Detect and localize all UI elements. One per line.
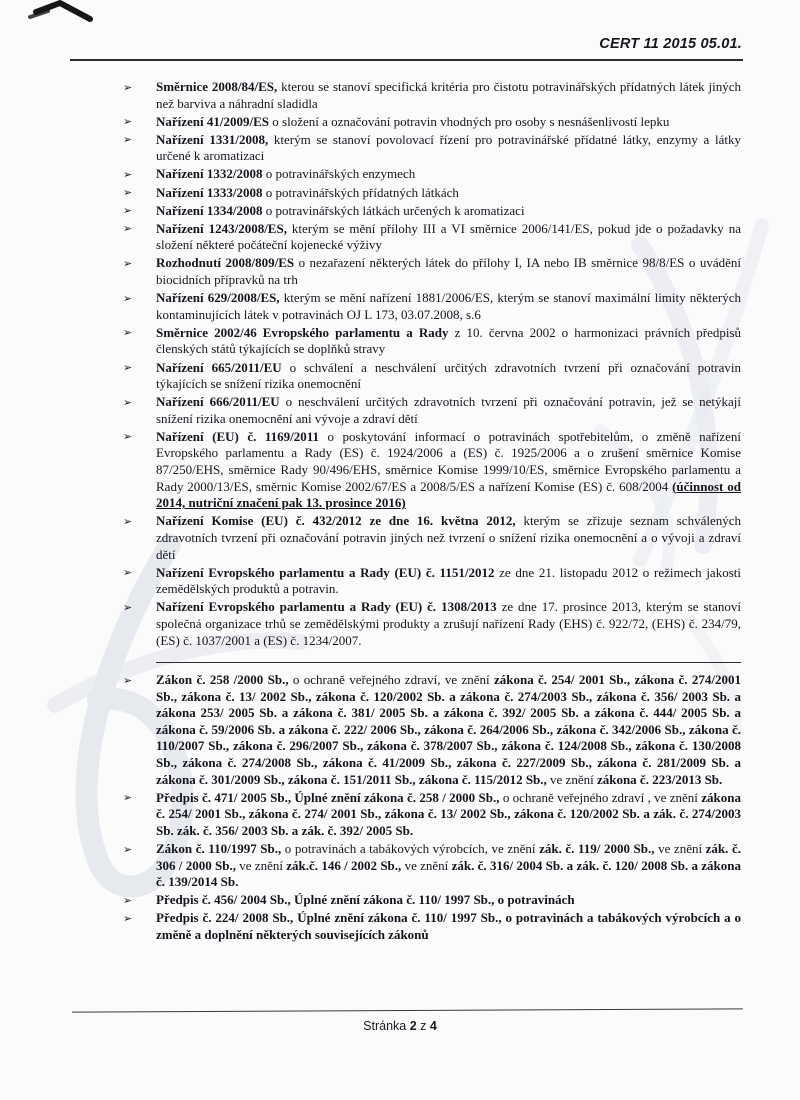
arrow-bullet-icon: ➢ [123,80,132,97]
text-run: o potravinách a tabákových výrobcích, ve… [281,841,539,856]
arrow-bullet-icon: ➢ [123,185,132,202]
arrow-bullet-icon: ➢ [123,203,132,220]
footer-prefix: Stránka [363,1019,406,1033]
text-run: Nařízení 666/2011/EU [156,394,280,409]
text-run: Nařízení 41/2009/ES [156,114,269,129]
arrow-bullet-icon: ➢ [123,429,132,446]
text-run: Nařízení Komise (EU) č. 432/2012 ze dne … [156,513,516,528]
text-run: ve znění [401,858,451,873]
text-run: zákona č. 223/2013 Sb. [597,772,722,787]
text-run: Směrnice 2008/84/ES, [156,79,277,94]
arrow-bullet-icon: ➢ [123,114,132,131]
text-run: o potravinářských přídatných látkách [263,185,459,200]
footer-current-page: 2 [410,1019,417,1033]
arrow-bullet-icon: ➢ [123,893,132,910]
text-run: zák.č. 146 / 2002 Sb., [286,858,401,873]
legislation-section-czech-legislation: ➢Zákon č. 258 /2000 Sb., o ochraně veřej… [120,672,741,944]
list-item: ➢Nařízení 1334/2008 o potravinářských lá… [120,203,741,220]
legislation-section-eu-legislation: ➢Směrnice 2008/84/ES, kterou se stanoví … [120,79,741,649]
footer-total-pages: 4 [430,1019,437,1033]
arrow-bullet-icon: ➢ [123,325,132,342]
list-item: ➢Předpis č. 471/ 2005 Sb., Úplné znění z… [120,790,741,840]
arrow-bullet-icon: ➢ [123,514,132,531]
list-item: ➢Směrnice 2008/84/ES, kterou se stanoví … [120,79,741,112]
text-run: Nařízení (EU) č. 1169/2011 [156,429,319,444]
text-run: Nařízení 1334/2008 [156,203,263,218]
arrow-bullet-icon: ➢ [123,132,132,149]
text-run: Nařízení 1243/2008/ES, [156,221,287,236]
text-run: o potravinářských látkách určených k aro… [263,203,525,218]
arrow-bullet-icon: ➢ [123,360,132,377]
list-item: ➢Nařízení Evropského parlamentu a Rady (… [120,599,741,649]
arrow-bullet-icon: ➢ [123,395,132,412]
text-run: zákona č. 254/ 2001 Sb., zákona č. 274/2… [156,672,741,787]
text-run: ve znění [236,858,286,873]
list-item: ➢Nařízení 1331/2008, kterým se stanoví p… [120,132,741,165]
header-rule [70,59,743,61]
text-run: ve znění [655,841,706,856]
text-run: Nařízení 1332/2008 [156,166,263,181]
text-run: o složení a označování potravin vhodných… [269,114,669,129]
page-number-label: Stránka 2 z 4 [0,1019,800,1033]
text-run: Směrnice 2002/46 Evropského parlamentu a… [156,325,448,340]
arrow-bullet-icon: ➢ [123,673,132,690]
list-item: ➢Nařízení 666/2011/EU o neschválení urči… [120,394,741,427]
arrow-bullet-icon: ➢ [123,256,132,273]
text-run: Zákon č. 258 /2000 Sb., [156,672,289,687]
text-run: Nařízení 1333/2008 [156,185,263,200]
text-run: o potravinářských enzymech [263,166,416,181]
list-item: ➢Nařízení 1333/2008 o potravinářských př… [120,185,741,202]
arrow-bullet-icon: ➢ [123,790,132,807]
legislation-list: ➢Směrnice 2008/84/ES, kterou se stanoví … [120,79,741,945]
text-run: o ochraně veřejného zdraví, ve znění [289,672,494,687]
list-item: ➢Nařízení 41/2009/ES o složení a označov… [120,114,741,131]
text-run: Předpis č. 456/ 2004 Sb., Úplné znění zá… [156,892,575,907]
text-run: Nařízení 665/2011/EU [156,360,282,375]
text-run: zák. č. 119/ 2000 Sb., [539,841,654,856]
list-item: ➢Směrnice 2002/46 Evropského parlamentu … [120,325,741,358]
list-item: ➢Nařízení 1332/2008 o potravinářských en… [120,166,741,183]
list-item: ➢Nařízení 665/2011/EU o schválení a nesc… [120,360,741,393]
section-divider [156,662,741,663]
list-item: ➢Předpis č. 456/ 2004 Sb., Úplné znění z… [120,892,741,909]
text-run: Rozhodnutí 2008/809/ES [156,255,294,270]
list-item: ➢Nařízení Evropského parlamentu a Rady (… [120,565,741,598]
list-item: ➢Nařízení Komise (EU) č. 432/2012 ze dne… [120,513,741,563]
arrow-bullet-icon: ➢ [123,291,132,308]
list-item: ➢Nařízení 1243/2008/ES, kterým se mění p… [120,221,741,254]
footer-of-word: z [420,1019,426,1033]
list-item: ➢Zákon č. 258 /2000 Sb., o ochraně veřej… [120,672,741,788]
text-run: ve znění [547,772,597,787]
text-run: Nařízení 1331/2008, [156,132,268,147]
text-run: Předpis č. 471/ 2005 Sb., Úplné znění zá… [156,790,499,805]
text-run: Nařízení Evropského parlamentu a Rady (E… [156,599,497,614]
arrow-bullet-icon: ➢ [123,842,132,859]
text-run: Nařízení 629/2008/ES, [156,290,280,305]
arrow-bullet-icon: ➢ [123,911,132,928]
text-run: Zákon č. 110/1997 Sb., [156,841,281,856]
arrow-bullet-icon: ➢ [123,600,132,617]
list-item: ➢Nařízení 629/2008/ES, kterým se mění na… [120,290,741,323]
arrow-bullet-icon: ➢ [123,221,132,238]
arrow-bullet-icon: ➢ [123,167,132,184]
corner-scan-mark [30,3,90,19]
footer-rule [72,1008,743,1012]
text-run: Nařízení Evropského parlamentu a Rady (E… [156,565,494,580]
text-run: Předpis č. 224/ 2008 Sb., Úplné znění zá… [156,910,741,942]
list-item: ➢Předpis č. 224/ 2008 Sb., Úplné znění z… [120,910,741,943]
arrow-bullet-icon: ➢ [123,565,132,582]
list-item: ➢Zákon č. 110/1997 Sb., o potravinách a … [120,841,741,891]
document-code: CERT 11 2015 05.01. [599,36,742,52]
list-item: ➢Nařízení (EU) č. 1169/2011 o poskytován… [120,429,741,512]
list-item: ➢Rozhodnutí 2008/809/ES o nezařazení něk… [120,255,741,288]
scanned-document-page: CERT 11 2015 05.01. ➢Směrnice 2008/84/ES… [0,0,800,1100]
text-run: o ochraně veřejného zdraví , ve znění [499,790,701,805]
